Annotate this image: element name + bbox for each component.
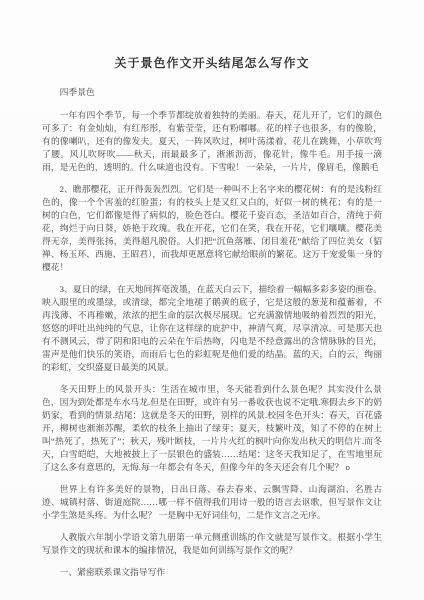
paragraph-four-seasons: 一年有四个季节，每一个季节都绽放着独特的美丽。春天，花儿开了，它们的颜色可多了：…: [42, 109, 382, 174]
paragraph-summer-green: 3、夏日的绿，在天地间挥毫泼墨，在蓝天白云下，描绘着一幅幅多彩多姿的画卷。映入眼…: [42, 283, 382, 374]
closing-heading: 一、紧密联系课文指导写作: [42, 566, 382, 579]
document-title: 关于景色作文开头结尾怎么写作文: [42, 56, 382, 70]
section-heading: 四季景色: [42, 86, 382, 99]
paragraph-textbook-training: 人教版六年制小学语文第九册第一单元侧重训练的作文就是写景作文。根据小学生写景作文…: [42, 531, 382, 557]
paragraph-beautiful-scenery: 世界上有许多美好的景物，日出日落、春去春来、云飘雪降、山海湖泊、名胜古迹、城镇村…: [42, 483, 382, 522]
paragraph-cherry-blossom: 2、瞧那樱花，正开得轰轰烈烈。它们是一种叫不上名字来的樱花树：有的是浅粉红色的，…: [42, 183, 382, 274]
paragraph-winter-field: 冬天田野上的风景开头：生活在城市里，冬天能看到什么景色呢？其实没什么景色，因为到…: [42, 383, 382, 474]
document-page: 关于景色作文开头结尾怎么写作文 四季景色 一年有四个季节，每一个季节都绽放着独特…: [0, 0, 424, 600]
